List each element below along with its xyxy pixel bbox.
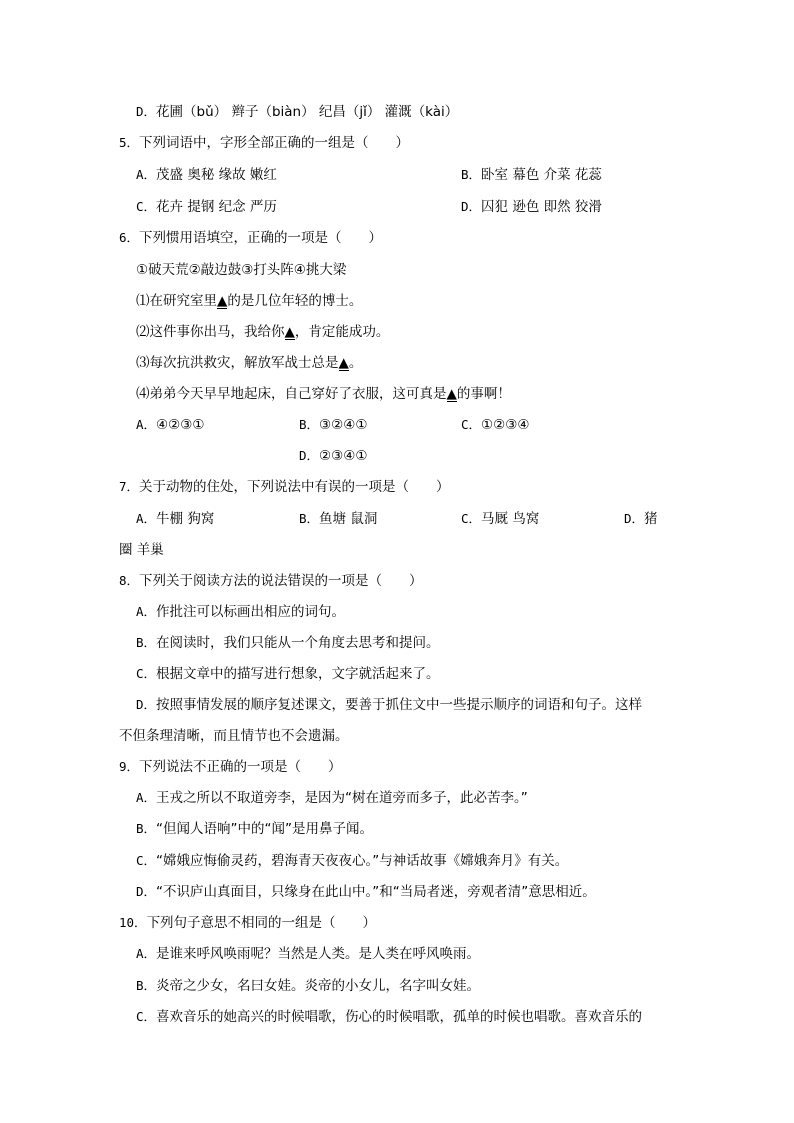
option-label: C． xyxy=(136,666,156,681)
q9-option-c: C．“嫦娥应悔偷灵药，碧海青天夜夜心。”与神话故事《嫦娥奔月》有关。 xyxy=(136,853,568,869)
q10-option-c: C．喜欢音乐的她高兴的时候唱歌，伤心的时候唱歌，孤单的时候也唱歌。喜欢音乐的 xyxy=(136,1009,642,1025)
option-label: A． xyxy=(136,790,156,805)
question-number: 10． xyxy=(119,915,147,930)
option-text: 喜欢音乐的她高兴的时候唱歌，伤心的时候唱歌，孤单的时候也唱歌。喜欢音乐的 xyxy=(156,1009,642,1025)
q6-sentence-3: ⑶每次抗洪救灾，解放军战士总是▲。 xyxy=(136,355,362,371)
option-text: 按照事情发展的顺序复述课文，要善于抓住文中一些提示顺序的词语和句子。这样 xyxy=(156,697,642,713)
option-label: A． xyxy=(136,946,156,961)
option-label: B． xyxy=(136,978,156,993)
question-text: 下列词语中，字形全部正确的一组是（ ） xyxy=(139,135,409,151)
option-text: 王戎之所以不取道旁李，是因为“树在道旁而多子，此必苦李。” xyxy=(156,790,528,806)
question-text: 下列关于阅读方法的说法错误的一项是（ ） xyxy=(139,573,423,589)
document-page: D．花圃（bǔ） 辫子（biàn） 纪昌（jǐ） 灌溉（kài） 5．下列词语中… xyxy=(0,0,794,1123)
q7-option-b: B．鱼塘 鼠洞 xyxy=(299,511,377,527)
q4-option-d: D．花圃（bǔ） 辫子（biàn） 纪昌（jǐ） 灌溉（kài） xyxy=(136,104,458,120)
option-text: 卧室 幕色 介菜 花蕊 xyxy=(481,167,602,183)
option-text-continued: 不但条理清晰，而且情节也不会遗漏。 xyxy=(119,728,349,744)
option-label: B． xyxy=(461,167,481,182)
sentence-prefix: ⑷弟弟今天早早地起床，自己穿好了衣服，这可真是 xyxy=(136,386,447,402)
question-text: 下列说法不正确的一项是（ ） xyxy=(139,759,342,775)
option-label: A． xyxy=(136,417,156,432)
question-number: 7． xyxy=(119,479,139,494)
question-10-stem: 10．下列句子意思不相同的一组是（ ） xyxy=(119,915,376,931)
question-number: 6． xyxy=(119,230,139,245)
q6-sentence-1: ⑴在研究室里▲的是几位年轻的博士。 xyxy=(136,293,362,309)
option-text: 花圃（bǔ） 辫子（biàn） 纪昌（jǐ） 灌溉（kài） xyxy=(156,104,458,120)
q5-option-c: C．花卉 提钢 纪念 严历 xyxy=(136,199,277,215)
q6-option-d: D．②③④① xyxy=(299,448,367,464)
option-text: 在阅读时，我们只能从一个角度去思考和提问。 xyxy=(156,635,440,651)
sentence-prefix: ⑵这件事你出马，我给你 xyxy=(136,324,285,340)
q10-option-b: B．炎帝之少女，名曰女娃。炎帝的小女儿，名字叫女娃。 xyxy=(136,978,480,994)
option-text-continued: 圈 羊巢 xyxy=(119,542,164,558)
option-label: C． xyxy=(461,417,481,432)
q5-option-a: A．茂盛 奥秘 缘故 嫩红 xyxy=(136,167,277,183)
option-label: B． xyxy=(136,635,156,650)
q8-option-b: B．在阅读时，我们只能从一个角度去思考和提问。 xyxy=(136,635,440,651)
q5-option-d: D．囚犯 逊色 即然 狡滑 xyxy=(461,199,602,215)
question-6-stem: 6．下列惯用语填空，正确的一项是（ ） xyxy=(119,230,382,246)
option-label: C． xyxy=(461,511,481,526)
q5-option-b: B．卧室 幕色 介菜 花蕊 xyxy=(461,167,602,183)
option-text: 炎帝之少女，名曰女娃。炎帝的小女儿，名字叫女娃。 xyxy=(156,978,480,994)
q6-sentence-2: ⑵这件事你出马，我给你▲，肯定能成功。 xyxy=(136,324,389,340)
option-label: B． xyxy=(299,511,319,526)
q6-option-c: C．①②③④ xyxy=(461,417,529,433)
question-5-stem: 5．下列词语中，字形全部正确的一组是（ ） xyxy=(119,135,409,151)
option-label: D． xyxy=(461,199,481,214)
q7-option-d-wrap: 圈 羊巢 xyxy=(119,542,164,558)
option-text: ②③④① xyxy=(319,448,367,464)
q6-option-a: A．④②③① xyxy=(136,417,204,433)
option-label: D． xyxy=(136,697,156,712)
q9-option-d: D．“不识庐山真面目，只缘身在此山中。”和“当局者迷，旁观者清”意思相近。 xyxy=(136,884,596,900)
q7-option-d: D．猪 xyxy=(624,511,658,527)
option-label: D． xyxy=(136,104,156,119)
option-text: 鱼塘 鼠洞 xyxy=(319,511,377,527)
blank-triangle-icon: ▲ xyxy=(339,356,349,371)
q6-prompt: ①破天荒②敲边鼓③打头阵④挑大梁 xyxy=(136,262,346,278)
option-text: “嫦娥应悔偷灵药，碧海青天夜夜心。”与神话故事《嫦娥奔月》有关。 xyxy=(156,853,568,869)
option-label: C． xyxy=(136,199,156,214)
sentence-prefix: ⑴在研究室里 xyxy=(136,293,217,309)
option-text: ④②③① xyxy=(156,417,204,433)
option-text: 茂盛 奥秘 缘故 嫩红 xyxy=(156,167,277,183)
option-text: 猪 xyxy=(644,511,658,527)
option-text: 囚犯 逊色 即然 狡滑 xyxy=(481,199,602,215)
question-9-stem: 9．下列说法不正确的一项是（ ） xyxy=(119,759,342,775)
option-label: C． xyxy=(136,1009,156,1024)
option-text: “不识庐山真面目，只缘身在此山中。”和“当局者迷，旁观者清”意思相近。 xyxy=(156,884,596,900)
option-label: D． xyxy=(624,511,644,526)
q6-sentence-4: ⑷弟弟今天早早地起床，自己穿好了衣服，这可真是▲的事啊！ xyxy=(136,386,511,402)
option-text: ③②④① xyxy=(319,417,367,433)
q8-option-d-wrap: 不但条理清晰，而且情节也不会遗漏。 xyxy=(119,728,349,744)
blank-triangle-icon: ▲ xyxy=(447,387,457,402)
option-label: A． xyxy=(136,511,156,526)
question-text: 关于动物的住处，下列说法中有误的一项是（ ） xyxy=(139,479,450,495)
option-label: D． xyxy=(299,448,319,463)
blank-triangle-icon: ▲ xyxy=(217,294,227,309)
idiom-list: ①破天荒②敲边鼓③打头阵④挑大梁 xyxy=(136,262,346,278)
q9-option-b: B．“但闻人语响”中的“闻”是用鼻子闻。 xyxy=(136,821,373,837)
option-text: 作批注可以标画出相应的词句。 xyxy=(156,604,345,620)
question-number: 8． xyxy=(119,573,139,588)
option-text: 花卉 提钢 纪念 严历 xyxy=(156,199,277,215)
sentence-prefix: ⑶每次抗洪救灾，解放军战士总是 xyxy=(136,355,339,371)
option-label: A． xyxy=(136,604,156,619)
q7-option-c: C．马厩 鸟窝 xyxy=(461,511,539,527)
q8-option-c: C．根据文章中的描写进行想象，文字就活起来了。 xyxy=(136,666,440,682)
option-text: “但闻人语响”中的“闻”是用鼻子闻。 xyxy=(156,821,373,837)
question-7-stem: 7．关于动物的住处，下列说法中有误的一项是（ ） xyxy=(119,479,450,495)
option-label: D． xyxy=(136,884,156,899)
question-number: 9． xyxy=(119,759,139,774)
option-label: C． xyxy=(136,853,156,868)
option-text: 是谁来呼风唤雨呢？当然是人类。是人类在呼风唤雨。 xyxy=(156,946,480,962)
option-text: 牛棚 狗窝 xyxy=(156,511,214,527)
q10-option-a: A．是谁来呼风唤雨呢？当然是人类。是人类在呼风唤雨。 xyxy=(136,946,480,962)
question-8-stem: 8．下列关于阅读方法的说法错误的一项是（ ） xyxy=(119,573,423,589)
question-number: 5． xyxy=(119,135,139,150)
sentence-suffix: 的是几位年轻的博士。 xyxy=(227,293,362,309)
q9-option-a: A．王戎之所以不取道旁李，是因为“树在道旁而多子，此必苦李。” xyxy=(136,790,528,806)
sentence-suffix: 的事啊！ xyxy=(457,386,511,402)
sentence-suffix: 。 xyxy=(349,355,363,371)
option-label: B． xyxy=(136,821,156,836)
q7-option-a: A．牛棚 狗窝 xyxy=(136,511,214,527)
blank-triangle-icon: ▲ xyxy=(285,325,295,340)
option-text: ①②③④ xyxy=(481,417,529,433)
option-text: 马厩 鸟窝 xyxy=(481,511,539,527)
option-text: 根据文章中的描写进行想象，文字就活起来了。 xyxy=(156,666,440,682)
q8-option-d: D．按照事情发展的顺序复述课文，要善于抓住文中一些提示顺序的词语和句子。这样 xyxy=(136,697,642,713)
option-label: B． xyxy=(299,417,319,432)
q8-option-a: A．作批注可以标画出相应的词句。 xyxy=(136,604,345,620)
q6-option-b: B．③②④① xyxy=(299,417,367,433)
option-label: A． xyxy=(136,167,156,182)
sentence-suffix: ，肯定能成功。 xyxy=(295,324,390,340)
question-text: 下列句子意思不相同的一组是（ ） xyxy=(147,915,377,931)
question-text: 下列惯用语填空，正确的一项是（ ） xyxy=(139,230,382,246)
